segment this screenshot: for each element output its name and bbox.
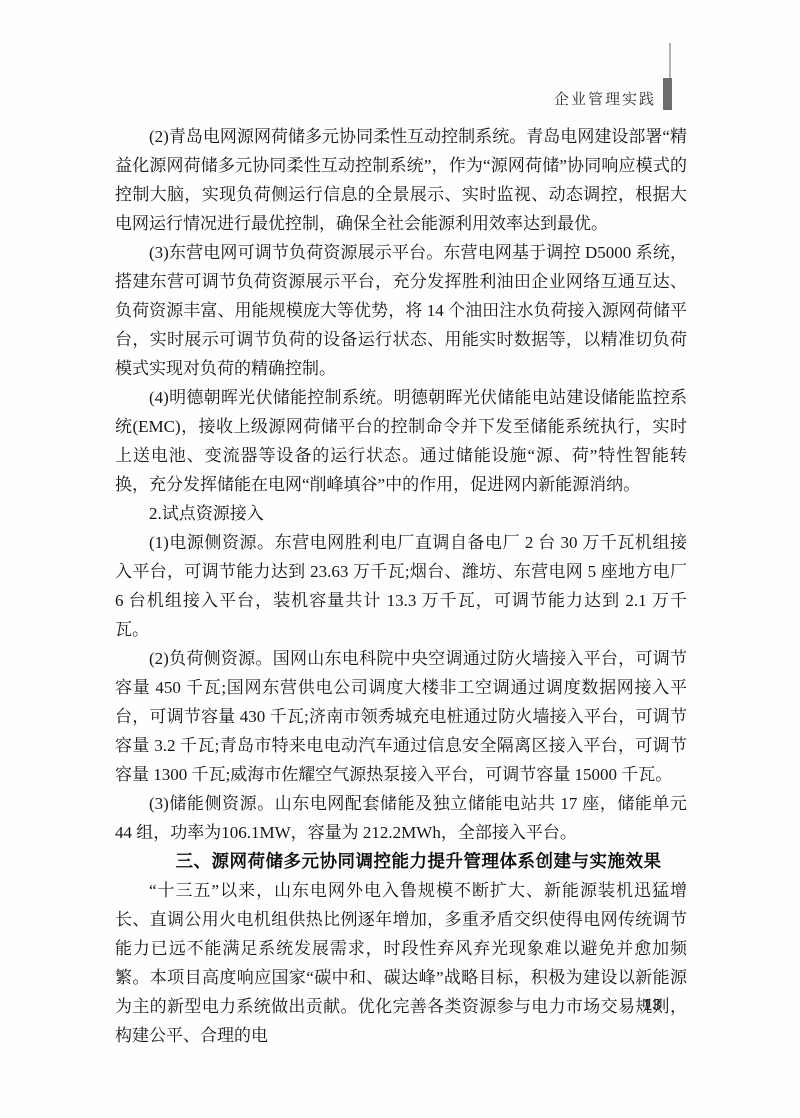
header-rule-thin-bar (669, 43, 671, 79)
header-rule-thick-bar (663, 78, 672, 110)
paragraph-qingdao-control-system: (2)青岛电网源网荷储多元协同柔性互动控制系统。青岛电网建设部署“精益化源网荷储… (115, 122, 687, 238)
book-page: 企业管理实践 (2)青岛电网源网荷储多元协同柔性互动控制系统。青岛电网建设部署“… (0, 0, 800, 1118)
section-heading-management-system: 三、源网荷储多元协同调控能力提升管理体系创建与实施效果 (115, 847, 687, 876)
paragraph-load-side-resources: (2)负荷侧资源。国网山东电科院中央空调通过防火墙接入平台，可调节容量 450 … (115, 644, 687, 789)
paragraph-thirteenth-five-plan: “十三五”以来，山东电网外电入鲁规模不断扩大、新能源装机迅猛增长、直调公用火电机… (115, 876, 687, 1050)
subheading-pilot-resource-access: 2.试点资源接入 (115, 499, 687, 528)
paragraph-dongying-load-platform: (3)东营电网可调节负荷资源展示平台。东营电网基于调控 D5000 系统，搭建东… (115, 238, 687, 383)
paragraph-mingde-storage-system: (4)明德朝晖光伏储能控制系统。明德朝晖光伏储能电站建设储能监控系统(EMC)，… (115, 383, 687, 499)
paragraph-power-side-resources: (1)电源侧资源。东营电网胜利电厂直调自备电厂 2 台 30 万千瓦机组接入平台… (115, 528, 687, 644)
paragraph-storage-side-resources: (3)储能侧资源。山东电网配套储能及独立储能电站共 17 座，储能单元 44 组… (115, 789, 687, 847)
page-number: 13 (643, 997, 661, 1015)
page-body-text: (2)青岛电网源网荷储多元协同柔性互动控制系统。青岛电网建设部署“精益化源网荷储… (115, 122, 687, 1050)
running-head-title: 企业管理实践 (554, 88, 656, 109)
